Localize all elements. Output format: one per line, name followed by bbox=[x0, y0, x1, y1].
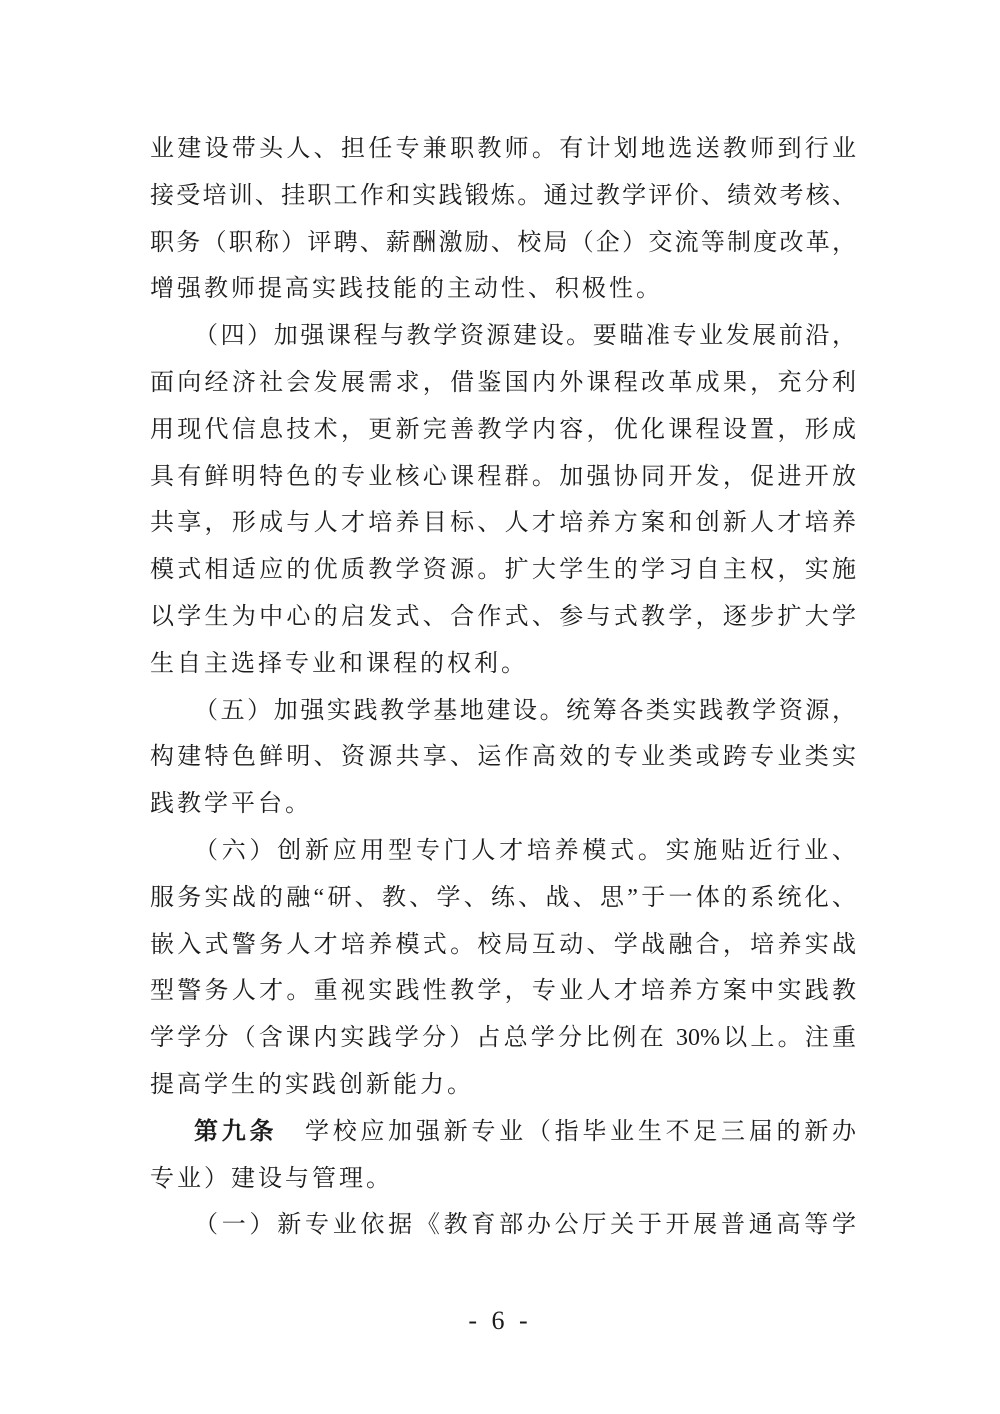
text-segment: 用现代信息技术，更新完善教学内容，优化课程设置，形成 bbox=[150, 417, 856, 443]
document-page: 业建设带头人、担任专兼职教师。有计划地选送教师到行业接受培训、挂职工作和实践锻炼… bbox=[0, 0, 1000, 1414]
text-segment: 提高学生的实践创新能力。 bbox=[150, 1072, 474, 1098]
text-segment: （一）新专业依据《教育部办公厅关于开展普通高等学 bbox=[194, 1212, 856, 1238]
text-segment: 嵌入式警务人才培养模式。校局互动、学战融合，培养实战 bbox=[150, 932, 856, 958]
text-segment: 共享，形成与人才培养目标、人才培养方案和创新人才培养 bbox=[150, 510, 856, 536]
text-segment: 构建特色鲜明、资源共享、运作高效的专业类或跨专业类实 bbox=[150, 744, 856, 770]
text-line: 业建设带头人、担任专兼职教师。有计划地选送教师到行业 bbox=[150, 126, 856, 173]
text-line: （四）加强课程与教学资源建设。要瞄准专业发展前沿， bbox=[150, 313, 856, 360]
text-segment: 学学分（含课内实践学分）占总学分比例在 30%以上。注重 bbox=[150, 1025, 856, 1051]
text-segment: 面向经济社会发展需求，借鉴国内外课程改革成果，充分利 bbox=[150, 370, 856, 396]
text-line: 具有鲜明特色的专业核心课程群。加强协同开发，促进开放 bbox=[150, 454, 856, 501]
text-line: 专业）建设与管理。 bbox=[150, 1156, 856, 1203]
text-segment: 以学生为中心的启发式、合作式、参与式教学，逐步扩大学 bbox=[150, 604, 856, 630]
text-segment: 专业）建设与管理。 bbox=[150, 1166, 393, 1192]
text-line: 模式相适应的优质教学资源。扩大学生的学习自主权，实施 bbox=[150, 547, 856, 594]
text-line: 构建特色鲜明、资源共享、运作高效的专业类或跨专业类实 bbox=[150, 734, 856, 781]
text-segment: 践教学平台。 bbox=[150, 791, 312, 817]
text-line: （一）新专业依据《教育部办公厅关于开展普通高等学 bbox=[150, 1202, 856, 1249]
text-segment: 模式相适应的优质教学资源。扩大学生的学习自主权，实施 bbox=[150, 557, 856, 583]
text-line: 职务（职称）评聘、薪酬激励、校局（企）交流等制度改革， bbox=[150, 220, 856, 267]
text-segment: 职务（职称）评聘、薪酬激励、校局（企）交流等制度改革， bbox=[150, 230, 856, 256]
text-line: 服务实战的融“研、教、学、练、战、思”于一体的系统化、 bbox=[150, 875, 856, 922]
text-segment: 业建设带头人、担任专兼职教师。有计划地选送教师到行业 bbox=[150, 136, 856, 162]
text-line: 学学分（含课内实践学分）占总学分比例在 30%以上。注重 bbox=[150, 1015, 856, 1062]
page-number: - 6 - bbox=[0, 1306, 1000, 1336]
text-line: 生自主选择专业和课程的权利。 bbox=[150, 641, 856, 688]
text-line: （六）创新应用型专门人才培养模式。实施贴近行业、 bbox=[150, 828, 856, 875]
text-line: 型警务人才。重视实践性教学，专业人才培养方案中实践教 bbox=[150, 968, 856, 1015]
text-line: 嵌入式警务人才培养模式。校局互动、学战融合，培养实战 bbox=[150, 922, 856, 969]
text-line: （五）加强实践教学基地建设。统筹各类实践教学资源， bbox=[150, 688, 856, 735]
text-segment: 服务实战的融“研、教、学、练、战、思”于一体的系统化、 bbox=[150, 885, 856, 911]
text-line: 第九条 学校应加强新专业（指毕业生不足三届的新办 bbox=[150, 1109, 856, 1156]
text-line: 增强教师提高实践技能的主动性、积极性。 bbox=[150, 266, 856, 313]
text-segment: 接受培训、挂职工作和实践锻炼。通过教学评价、绩效考核、 bbox=[150, 183, 856, 209]
text-segment: （六）创新应用型专门人才培养模式。实施贴近行业、 bbox=[194, 838, 856, 864]
text-line: 践教学平台。 bbox=[150, 781, 856, 828]
text-line: 以学生为中心的启发式、合作式、参与式教学，逐步扩大学 bbox=[150, 594, 856, 641]
text-segment: 学校应加强新专业（指毕业生不足三届的新办 bbox=[277, 1119, 856, 1145]
text-segment: 生自主选择专业和课程的权利。 bbox=[150, 651, 528, 677]
document-body: 业建设带头人、担任专兼职教师。有计划地选送教师到行业接受培训、挂职工作和实践锻炼… bbox=[150, 126, 856, 1249]
text-line: 面向经济社会发展需求，借鉴国内外课程改革成果，充分利 bbox=[150, 360, 856, 407]
text-line: 共享，形成与人才培养目标、人才培养方案和创新人才培养 bbox=[150, 500, 856, 547]
text-segment: 型警务人才。重视实践性教学，专业人才培养方案中实践教 bbox=[150, 978, 856, 1004]
text-line: 提高学生的实践创新能力。 bbox=[150, 1062, 856, 1109]
text-segment: 增强教师提高实践技能的主动性、积极性。 bbox=[150, 276, 663, 302]
text-segment: （五）加强实践教学基地建设。统筹各类实践教学资源， bbox=[194, 698, 856, 724]
article-number-bold: 第九条 bbox=[194, 1119, 277, 1145]
text-line: 用现代信息技术，更新完善教学内容，优化课程设置，形成 bbox=[150, 407, 856, 454]
text-segment: 具有鲜明特色的专业核心课程群。加强协同开发，促进开放 bbox=[150, 464, 856, 490]
text-line: 接受培训、挂职工作和实践锻炼。通过教学评价、绩效考核、 bbox=[150, 173, 856, 220]
text-segment: （四）加强课程与教学资源建设。要瞄准专业发展前沿， bbox=[194, 323, 856, 349]
